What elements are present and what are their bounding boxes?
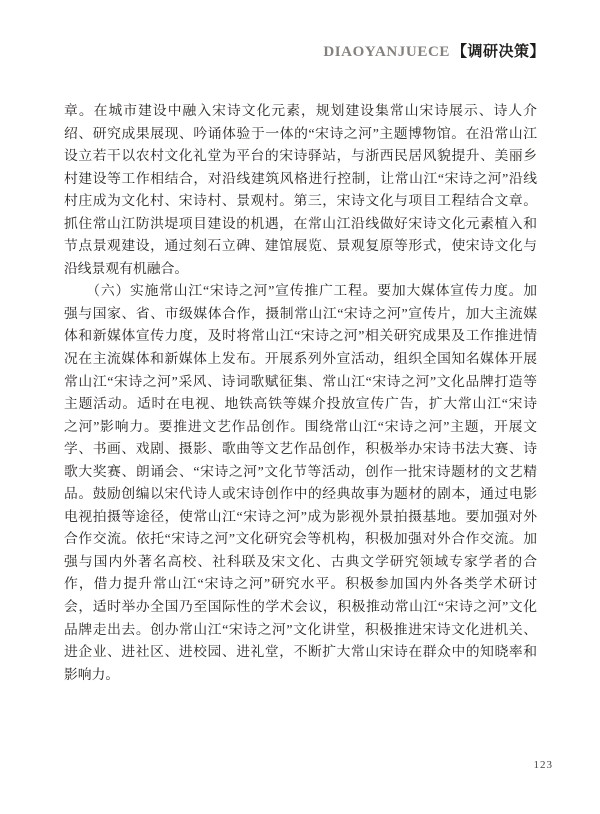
page-number: 123 xyxy=(534,759,554,771)
document-body: 章。在城市建设中融入宋诗文化元素，规划建设集常山宋诗展示、诗人介绍、研究成果展现… xyxy=(64,100,537,686)
text-line: 学、书画、戏剧、摄影、歌曲等文艺作品创作，积极举办宋诗书法大赛、诗 xyxy=(64,438,537,461)
text-line: 会，适时举办全国乃至国际性的学术会议，积极推动常山江“宋诗之河”文化 xyxy=(64,596,537,619)
text-line: 抓住常山江防洪堤项目建设的机遇，在常山江沿线做好宋诗文化元素植入和 xyxy=(64,213,537,236)
journal-header: DIAOYANJUECE【调研决策】 xyxy=(323,43,545,61)
text-line: 歌大奖赛、朗诵会、“宋诗之河”文化节等活动，创作一批宋诗题材的文艺精 xyxy=(64,461,537,484)
text-line: 绍、研究成果展现、吟诵体验于一体的“宋诗之河”主题博物馆。在沿常山江 xyxy=(64,123,537,146)
document-page: DIAOYANJUECE【调研决策】 章。在城市建设中融入宋诗文化元素，规划建设… xyxy=(0,0,600,814)
paragraph: （六）实施常山江“宋诗之河”宣传推广工程。要加大媒体宣传力度。加强与国家、省、市… xyxy=(64,280,537,686)
paragraph: 章。在城市建设中融入宋诗文化元素，规划建设集常山宋诗展示、诗人介绍、研究成果展现… xyxy=(64,100,537,280)
text-line: 章。在城市建设中融入宋诗文化元素，规划建设集常山宋诗展示、诗人介 xyxy=(64,100,537,123)
text-line: 电视拍摄等途径，使常山江“宋诗之河”成为影视外景拍摄基地。要加强对外 xyxy=(64,506,537,529)
text-line: 设立若干以农村文化礼堂为平台的宋诗驿站，与浙西民居风貌提升、美丽乡 xyxy=(64,145,537,168)
journal-name-pinyin: DIAOYANJUECE xyxy=(323,44,450,60)
text-line: 节点景观建设，通过刻石立碑、建馆展览、景观复原等形式，使宋诗文化与 xyxy=(64,235,537,258)
journal-name-chinese: 【调研决策】 xyxy=(452,44,545,60)
text-line: 作，借力提升常山江“宋诗之河”研究水平。积极参加国内外各类学术研讨 xyxy=(64,573,537,596)
text-line: 影响力。 xyxy=(64,664,537,687)
text-line: 况在主流媒体和新媒体上发布。开展系列外宣活动，组织全国知名媒体开展 xyxy=(64,348,537,371)
text-line: 沿线景观有机融合。 xyxy=(64,258,537,281)
text-line: 村庄成为文化村、宋诗村、景观村。第三，宋诗文化与项目工程结合文章。 xyxy=(64,190,537,213)
text-line: 进企业、进社区、进校园、进礼堂，不断扩大常山宋诗在群众中的知晓率和 xyxy=(64,641,537,664)
text-line: 主题活动。适时在电视、地铁高铁等媒介投放宣传广告，扩大常山江“宋诗 xyxy=(64,393,537,416)
text-line: 品牌走出去。创办常山江“宋诗之河”文化讲堂，积极推进宋诗文化进机关、 xyxy=(64,619,537,642)
text-line: 体和新媒体宣传力度，及时将常山江“宋诗之河”相关研究成果及工作推进情 xyxy=(64,325,537,348)
text-line: 村建设等工作相结合，对沿线建筑风格进行控制，让常山江“宋诗之河”沿线 xyxy=(64,168,537,191)
text-line: 常山江“宋诗之河”采风、诗词歌赋征集、常山江“宋诗之河”文化品牌打造等 xyxy=(64,371,537,394)
text-line: 品。鼓励创编以宋代诗人或宋诗创作中的经典故事为题材的剧本，通过电影 xyxy=(64,483,537,506)
text-line: 强与国家、省、市级媒体合作，摄制常山江“宋诗之河”宣传片，加大主流媒 xyxy=(64,303,537,326)
text-line: 合作交流。依托“宋诗之河”文化研究会等机构，积极加强对外合作交流。加 xyxy=(64,528,537,551)
text-line: （六）实施常山江“宋诗之河”宣传推广工程。要加大媒体宣传力度。加 xyxy=(64,280,537,303)
text-line: 强与国内外著名高校、社科联及宋文化、古典文学研究领域专家学者的合 xyxy=(64,551,537,574)
text-line: 之河”影响力。要推进文艺作品创作。围绕常山江“宋诗之河”主题，开展文 xyxy=(64,416,537,439)
